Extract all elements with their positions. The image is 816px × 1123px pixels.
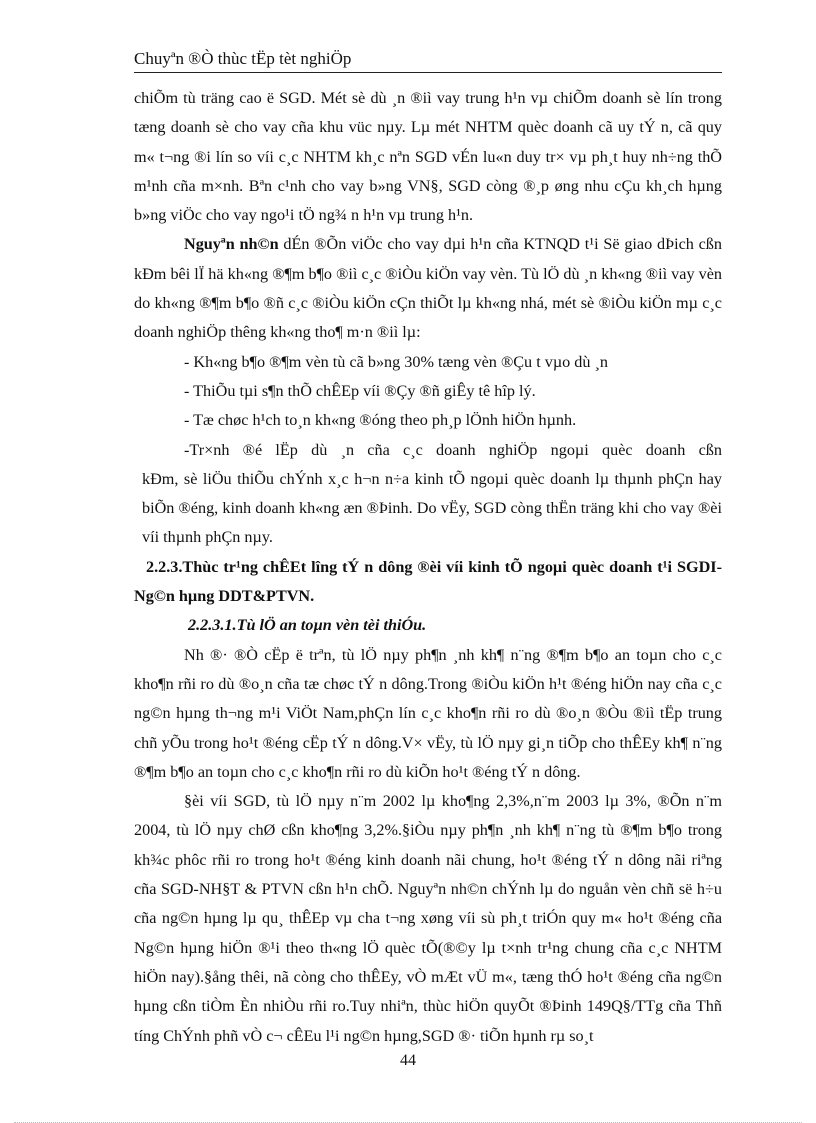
bullet-item: - Tæ chøc h¹ch to¸n kh«ng ®óng theo ph¸p… (134, 406, 722, 435)
section-heading-2-2-3: 2.2.3.Thùc tr¹ng chÊEt lîng tÝ n dông ®è… (134, 553, 722, 612)
bullet-continuation: kÐm, sè liÖu thiÕu chÝnh x¸c h¬n n÷a kin… (134, 465, 722, 553)
paragraph-lead-bold: Nguyªn nh©n (184, 235, 279, 253)
paragraph-causes: Nguyªn nh©n dÉn ®Õn viÖc cho vay dµi h¹n… (134, 230, 722, 347)
page-number: 44 (0, 1052, 816, 1070)
bullet-item: -Tr×nh ®é lËp dù ¸n cña c¸c doanh nghiÖp… (134, 436, 722, 465)
page-body: chiÕm tù träng cao ë SGD. Mét sè dù ¸n ®… (134, 84, 722, 1051)
paragraph-sgd-ratio: §èi víi SGD, tù lÖ nµy n¨m 2002 lµ kho¶n… (134, 787, 722, 1051)
bullet-item: - ThiÕu tµi s¶n thÕ chÊEp víi ®Çy ®ñ giÊ… (134, 377, 722, 406)
paragraph-continuation: chiÕm tù träng cao ë SGD. Mét sè dù ¸n ®… (134, 84, 722, 230)
section-heading-2-2-3-1: 2.2.3.1.Tù lÖ an toµn vèn tèi thiÓu. (134, 611, 722, 640)
running-header: Chuyªn ®Ò thùc tËp tèt nghiÖp (134, 48, 722, 73)
bullet-item: - Kh«ng b¶o ®¶m vèn tù cã b»ng 30% tæng … (134, 348, 722, 377)
paragraph-capital-adequacy: Nh ®· ®Ò cËp ë trªn, tù lÖ nµy ph¶n ¸nh … (134, 641, 722, 787)
